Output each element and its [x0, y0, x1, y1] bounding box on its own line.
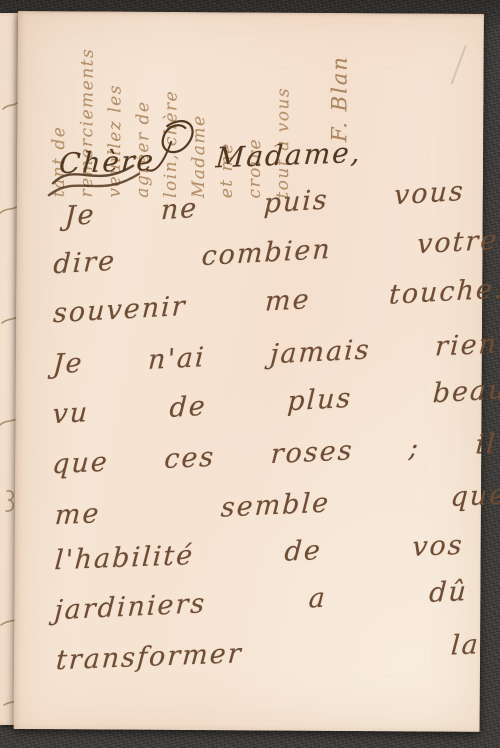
letter-line: jardiniers a dû [54, 578, 469, 624]
letter-line: que ces roses ; il [51, 431, 497, 479]
letter-line: dire combien votre [53, 227, 499, 279]
letter-line: vu de plus beau [52, 376, 500, 428]
salutation-line: Chère Madame, [58, 139, 363, 178]
letter-line: Je n'ai jamais rien [52, 331, 499, 379]
letter-photograph: tant de remerciements veuillez les agrée… [0, 0, 500, 748]
signature: F. Blan [327, 22, 368, 142]
letter-line: souvenir me touche. [52, 275, 500, 327]
letter-line: l'habilité de vos [54, 532, 465, 574]
letter-line: me semble que [54, 481, 500, 529]
paper-scratch [450, 45, 466, 85]
letter-line: transformer la [55, 631, 481, 674]
letter-page: tant de remerciements veuillez les agrée… [14, 11, 484, 732]
